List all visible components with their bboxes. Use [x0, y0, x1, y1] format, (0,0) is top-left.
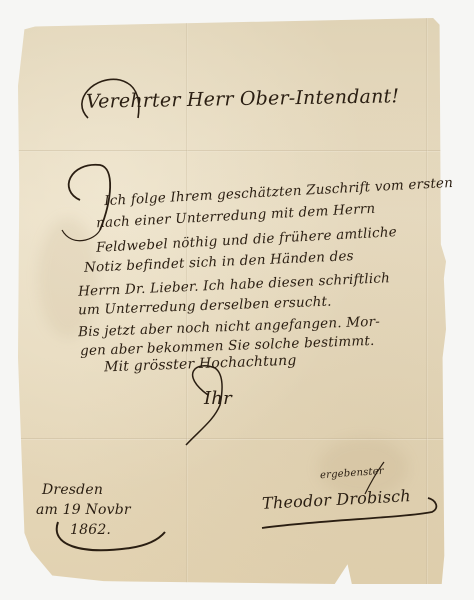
body-line: Herrn Dr. Lieber. Ich habe diesen schrif… [78, 270, 391, 300]
letter-closing-word: Ihr [204, 388, 232, 409]
document-viewer: Verehrter Herr Ober-Intendant! Ich folge… [0, 0, 474, 600]
letter-place: Dresden [42, 482, 103, 498]
letter-date: am 19 Novbr [36, 502, 131, 518]
letter-year: 1862. [70, 522, 111, 538]
body-line: Ich folge Ihrem geschätzten Zuschrift vo… [104, 175, 454, 209]
